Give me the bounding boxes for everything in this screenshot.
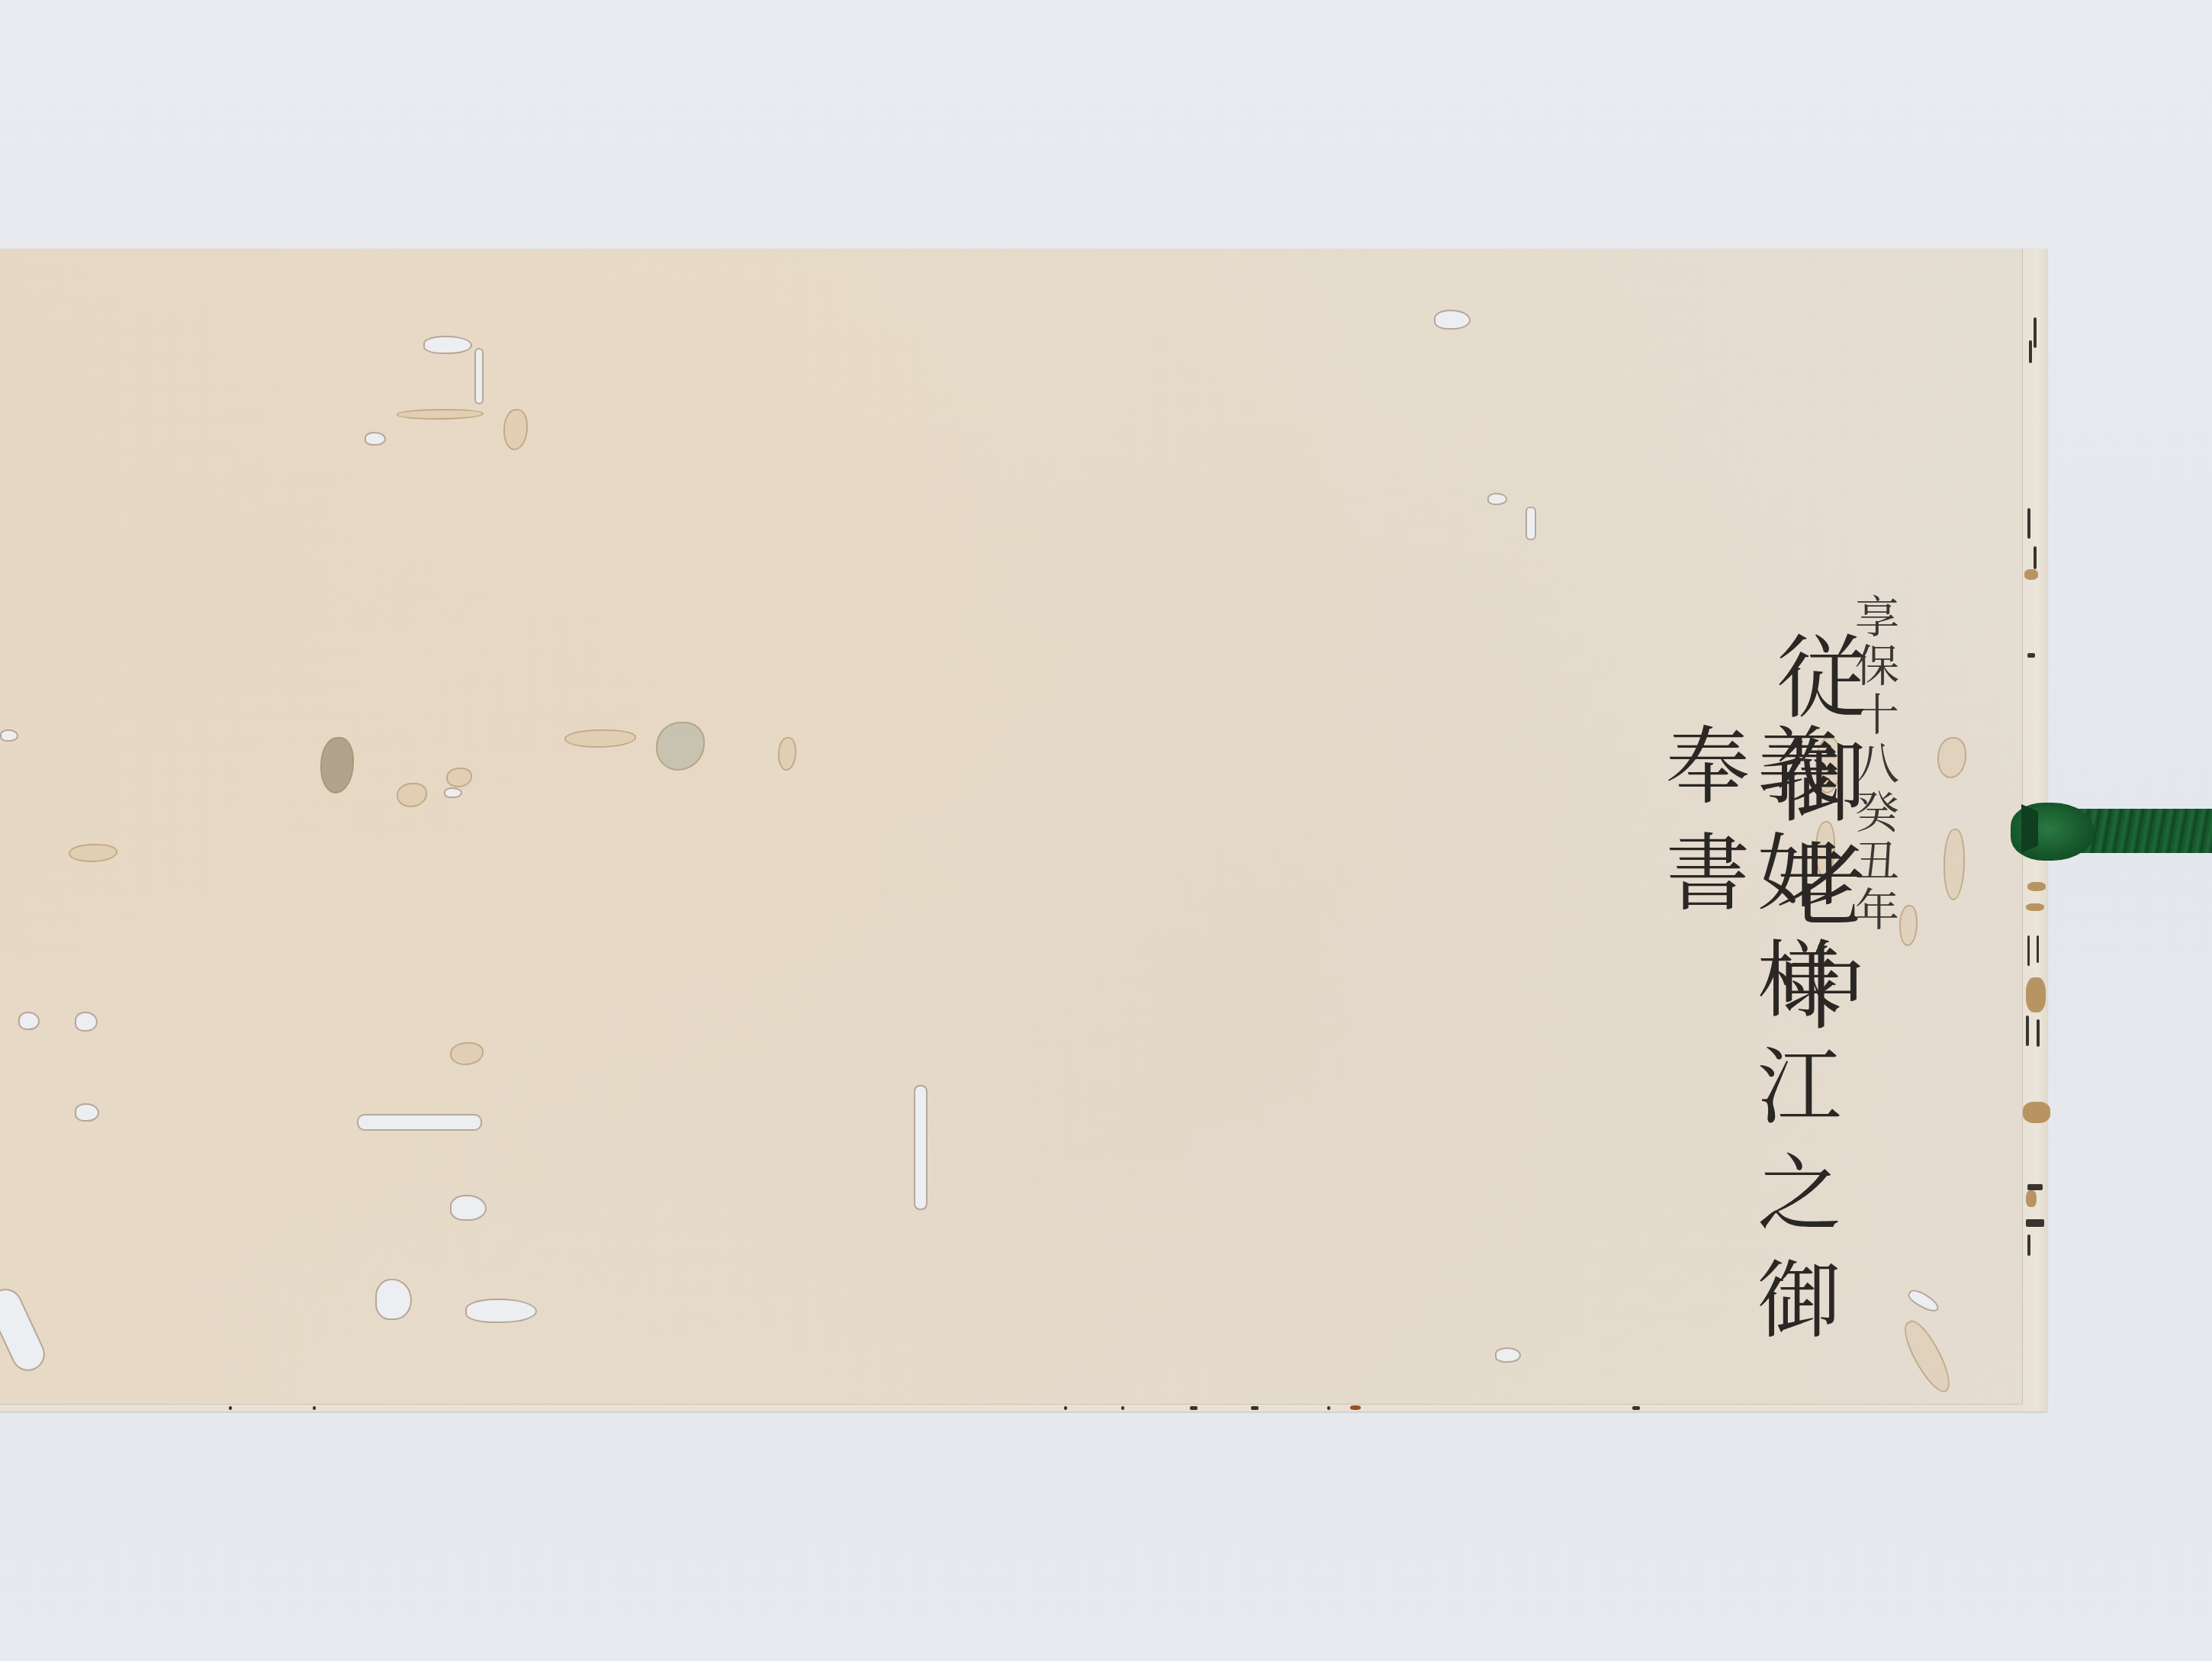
worm-trail <box>1899 905 1918 946</box>
brocade-gold-motif <box>2023 1102 2050 1123</box>
brocade-mark <box>2027 1234 2030 1256</box>
worm-hole <box>914 1085 928 1210</box>
brocade-mark <box>1190 1406 1198 1410</box>
worm-trail <box>1944 829 1965 900</box>
worm-trail <box>778 737 796 771</box>
worm-trail <box>397 409 484 420</box>
worm-hole <box>465 1299 537 1323</box>
brocade-mark <box>2026 1219 2044 1227</box>
brocade-gold-motif <box>2026 903 2044 911</box>
worm-trail <box>450 1042 484 1065</box>
brocade-red-motif <box>1350 1405 1361 1410</box>
worm-hole <box>365 432 386 446</box>
worm-trail <box>446 768 472 787</box>
worm-hole <box>18 1012 40 1030</box>
brocade-mark <box>1632 1406 1640 1410</box>
brocade-mark <box>2027 508 2030 539</box>
worm-trail <box>397 783 427 807</box>
worm-hole <box>75 1012 98 1032</box>
brocade-mark <box>2034 546 2037 569</box>
brocade-mark <box>2027 1184 2043 1190</box>
worm-hole <box>1526 507 1536 540</box>
worm-trail <box>503 409 528 450</box>
worm-damage <box>320 737 354 793</box>
brocade-mark <box>2029 340 2032 363</box>
brocade-mark <box>2034 317 2037 348</box>
worm-trail <box>1896 1315 1958 1397</box>
brocade-mark <box>1064 1406 1067 1410</box>
brocade-mark <box>229 1406 232 1410</box>
worm-hole <box>1434 310 1471 330</box>
worm-hole <box>375 1279 412 1320</box>
worm-hole <box>357 1114 482 1131</box>
worm-hole <box>1905 1286 1941 1315</box>
worm-hole <box>0 1283 50 1376</box>
brocade-mark <box>2027 935 2030 966</box>
brocade-mark <box>1327 1406 1330 1410</box>
worm-hole <box>423 336 472 354</box>
worm-hole <box>474 348 484 404</box>
brocade-mark <box>313 1406 316 1410</box>
brocade-gold-motif <box>2026 1190 2037 1207</box>
brocade-gold-motif <box>2026 977 2046 1012</box>
worm-trail <box>1937 737 1966 778</box>
worm-trail <box>564 729 636 748</box>
worm-hole <box>1487 493 1507 505</box>
worm-hole <box>75 1103 99 1122</box>
brocade-mark <box>1251 1406 1259 1410</box>
title-line-2: 義如様江之御奉書 <box>1655 722 1838 1412</box>
brocade-gold-motif <box>2027 882 2046 891</box>
brocade-mark <box>2037 935 2039 963</box>
worm-hole <box>444 787 462 798</box>
worm-hole <box>1495 1347 1521 1363</box>
worm-hole <box>450 1195 487 1221</box>
brocade-mark <box>1121 1406 1124 1410</box>
cord-end <box>2021 804 2038 853</box>
worm-trail <box>656 722 705 771</box>
worm-trail <box>69 844 117 862</box>
scroll-paper: 享保十八癸丑年 従御老中 義如様江之御奉書 <box>0 249 2047 1412</box>
brocade-mark <box>2026 1016 2029 1046</box>
brocade-mark <box>2037 1019 2040 1047</box>
worm-hole <box>0 729 18 742</box>
brocade-gold-motif <box>2024 569 2038 580</box>
brocade-mark <box>2027 653 2035 658</box>
